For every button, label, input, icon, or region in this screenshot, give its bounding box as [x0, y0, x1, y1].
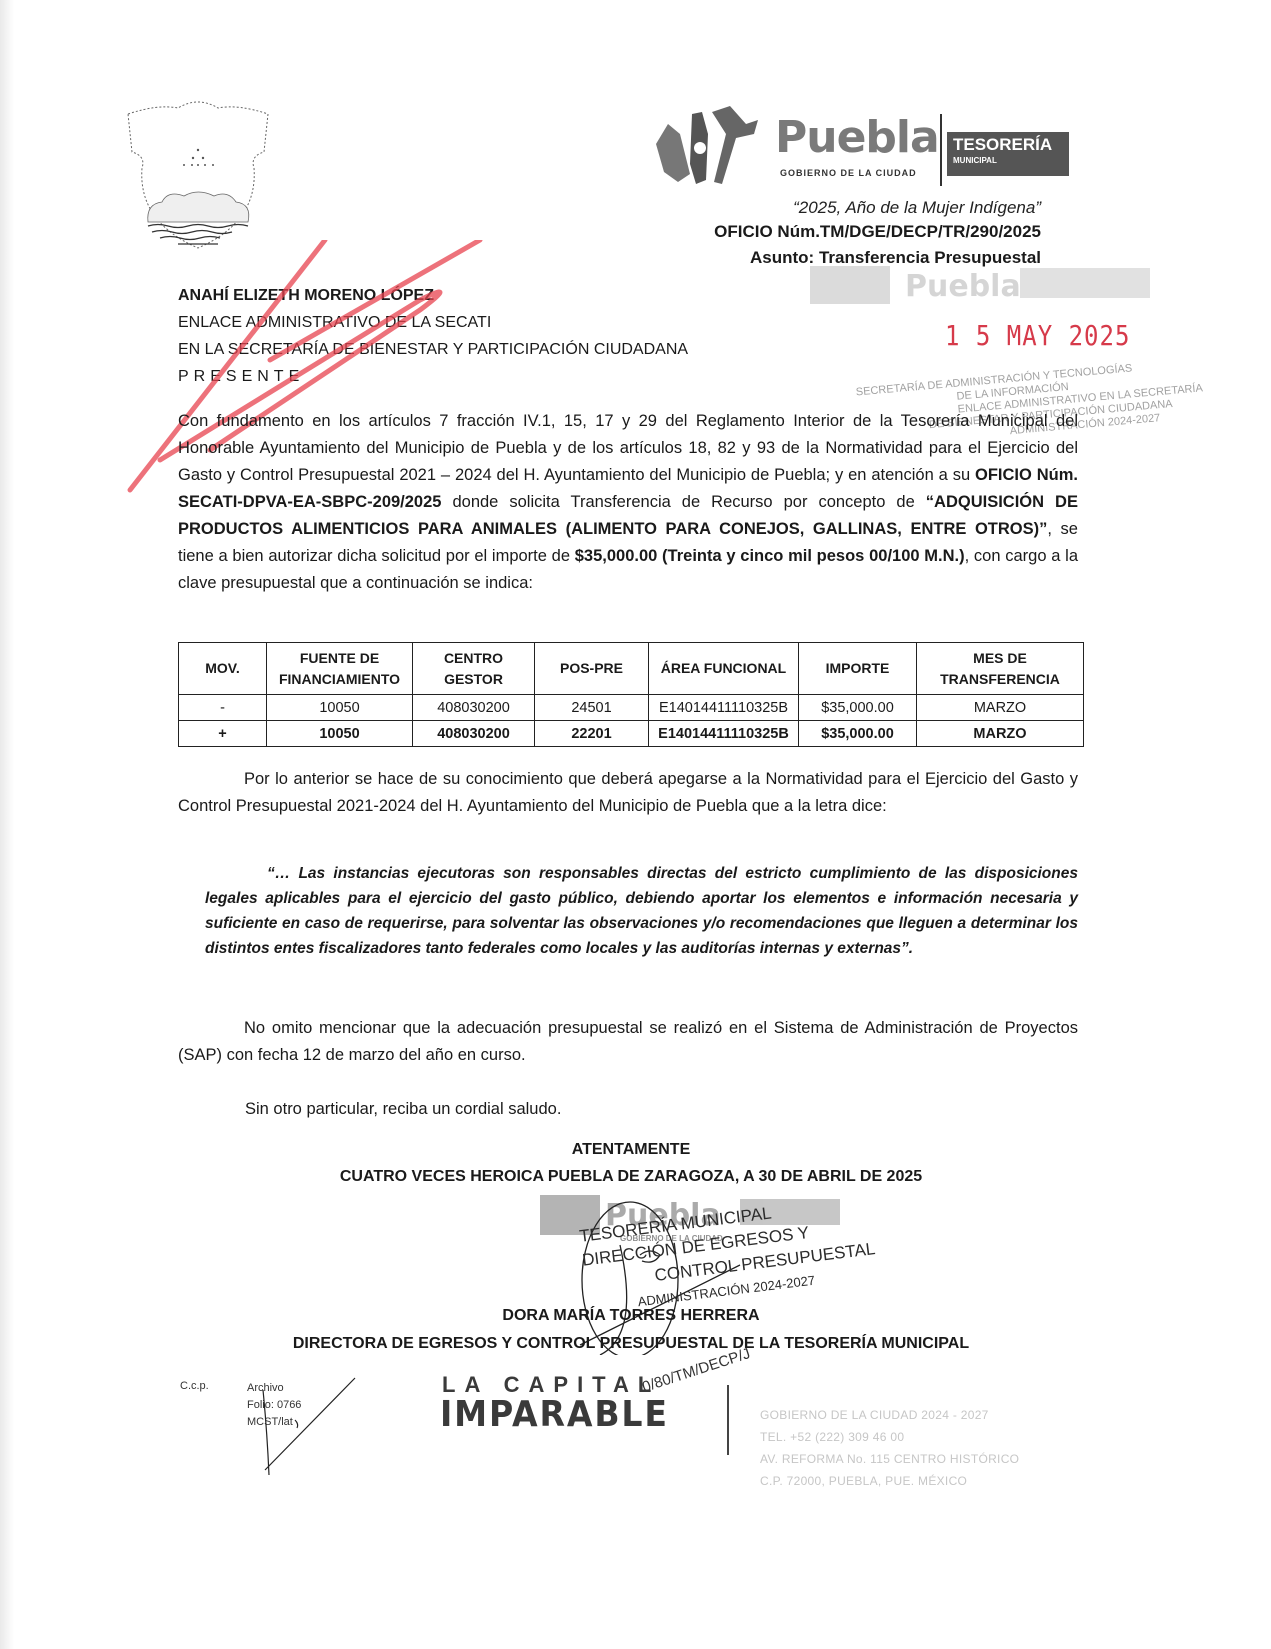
- slogan-line-2: IMPARABLE: [440, 1394, 669, 1435]
- greeting: PRESENTE: [178, 363, 688, 390]
- signer-name: DORA MARÍA TORRES HERRERA: [178, 1307, 1084, 1325]
- ccp-item: MCST/lat: [247, 1414, 301, 1431]
- signer-title: DIRECTORA DE EGRESOS Y CONTROL PRESUPUES…: [178, 1335, 1084, 1353]
- col-importe: IMPORTE: [799, 643, 917, 695]
- budget-transfer-table: MOV. FUENTE DE FINANCIAMIENTO CENTRO GES…: [178, 642, 1084, 747]
- addressee-name: ANAHÍ ELIZETH MORENO LÓPEZ: [178, 282, 688, 309]
- footer-divider: [727, 1385, 729, 1455]
- contact-line: C.P. 72000, PUEBLA, PUE. MÉXICO: [760, 1470, 1019, 1492]
- city-shield-icon: [118, 92, 278, 252]
- cell-importe: $35,000.00: [799, 721, 917, 747]
- contact-line: GOBIERNO DE LA CIUDAD 2024 - 2027: [760, 1404, 1019, 1426]
- cell-pos-pre: 22201: [535, 721, 649, 747]
- cell-mov: -: [179, 695, 267, 721]
- tesoreria-seal-text: TESORERÍA MUNICIPAL DIRECCIÓN DE EGRESOS…: [578, 1189, 880, 1320]
- ccp-item: Folio: 0766: [247, 1397, 301, 1414]
- paragraph-authorization: Con fundamento en los artículos 7 fracci…: [178, 408, 1078, 597]
- cell-area-funcional: E14014411110325B: [649, 721, 799, 747]
- oficio-number: OFICIO Núm.TM/DGE/DECP/TR/290/2025: [441, 222, 1041, 242]
- amount: $35,000.00 (Treinta y cinco mil pesos 00…: [575, 547, 965, 565]
- paragraph-normativity: Por lo anterior se hace de su conocimien…: [178, 766, 1078, 820]
- puebla-emblem-icon: [650, 104, 770, 188]
- col-area-funcional: ÁREA FUNCIONAL: [649, 643, 799, 695]
- cell-centro-gestor: 408030200: [413, 721, 535, 747]
- place-date: CUATRO VECES HEROICA PUEBLA DE ZARAGOZA,…: [178, 1168, 1084, 1186]
- svg-text:Puebla: Puebla: [905, 269, 1021, 304]
- paragraph-farewell: Sin otro particular, reciba un cordial s…: [245, 1096, 945, 1123]
- normativity-quote: “… Las instancias ejecutoras son respons…: [205, 861, 1078, 961]
- table-row: + 10050 408030200 22201 E14014411110325B…: [179, 721, 1084, 747]
- cell-fuente: 10050: [267, 721, 413, 747]
- ccp-label: C.c.p.: [180, 1380, 209, 1392]
- addressee-block: ANAHÍ ELIZETH MORENO LÓPEZ ENLACE ADMINI…: [178, 282, 688, 390]
- cell-area-funcional: E14014411110325B: [649, 695, 799, 721]
- municipal-label: MUNICIPAL: [953, 156, 1063, 165]
- logo-subtitle: GOBIERNO DE LA CIUDAD: [780, 168, 917, 178]
- col-pos-pre: POS-PRE: [535, 643, 649, 695]
- logo-divider: [940, 114, 942, 186]
- scan-page-edge: [0, 0, 14, 1649]
- col-mov: MOV.: [179, 643, 267, 695]
- cell-mes: MARZO: [917, 695, 1084, 721]
- cell-pos-pre: 24501: [535, 695, 649, 721]
- year-motto: “2025, Año de la Mujer Indígena”: [541, 198, 1041, 218]
- contact-line: AV. REFORMA No. 115 CENTRO HISTÓRICO: [760, 1448, 1019, 1470]
- ccp-item: Archivo: [247, 1380, 301, 1397]
- cell-fuente: 10050: [267, 695, 413, 721]
- la-capital-imparable-logo: LA CAPITAL IMPARABLE: [420, 1372, 700, 1442]
- paragraph-sap: No omito mencionar que la adecuación pre…: [178, 1015, 1078, 1069]
- puebla-tesoreria-logo: Puebla GOBIERNO DE LA CIUDAD TESORERÍA M…: [650, 104, 1080, 188]
- table-header-row: MOV. FUENTE DE FINANCIAMIENTO CENTRO GES…: [179, 643, 1084, 695]
- cell-mov: +: [179, 721, 267, 747]
- tesoreria-label: TESORERÍA: [953, 136, 1063, 154]
- table-row: - 10050 408030200 24501 E14014411110325B…: [179, 695, 1084, 721]
- addressee-department: EN LA SECRETARÍA DE BIENESTAR Y PARTICIP…: [178, 336, 688, 363]
- p1-text: Con fundamento en los artículos 7 fracci…: [178, 412, 1078, 484]
- faded-logo-stamp: Puebla: [810, 262, 1150, 306]
- col-mes: MES DE TRANSFERENCIA: [917, 643, 1084, 695]
- cell-mes: MARZO: [917, 721, 1084, 747]
- contact-info: GOBIERNO DE LA CIUDAD 2024 - 2027 TEL. +…: [760, 1404, 1019, 1492]
- cell-centro-gestor: 408030200: [413, 695, 535, 721]
- tesoreria-badge: TESORERÍA MUNICIPAL: [947, 132, 1069, 176]
- ccp-list: Archivo Folio: 0766 MCST/lat: [247, 1380, 301, 1431]
- received-date-stamp: 1 5 MAY 2025: [945, 320, 1130, 352]
- addressee-position: ENLACE ADMINISTRATIVO DE LA SECATI: [178, 309, 688, 336]
- salutation: ATENTAMENTE: [178, 1141, 1084, 1159]
- cell-importe: $35,000.00: [799, 695, 917, 721]
- logo-city-name: Puebla: [775, 112, 939, 163]
- col-centro-gestor: CENTRO GESTOR: [413, 643, 535, 695]
- col-fuente: FUENTE DE FINANCIAMIENTO: [267, 643, 413, 695]
- p1-text: donde solicita Transferencia de Recurso …: [441, 493, 925, 511]
- contact-line: TEL. +52 (222) 309 46 00: [760, 1426, 1019, 1448]
